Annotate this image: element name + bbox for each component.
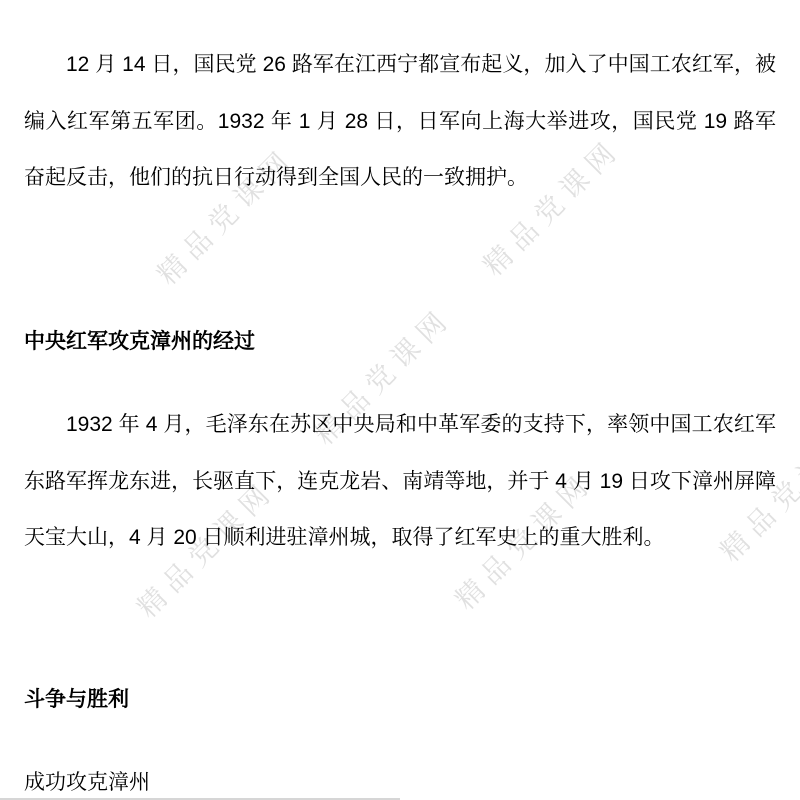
paragraph-zhangzhou-campaign: 1932 年 4 月，毛泽东在苏区中央局和中革军委的支持下，率领中国工农红军东路… <box>24 397 776 567</box>
document-page: 精品党课网 精品党课网 精品党课网 精品党课网 精品党课网 精品党课网 12 月… <box>0 0 800 800</box>
heading-struggle-and-victory: 斗争与胜利 <box>24 684 776 716</box>
bottom-divider-line <box>0 798 400 800</box>
heading-zhangzhou-campaign-course: 中央红军攻克漳州的经过 <box>24 326 776 358</box>
paragraph-ningdu-uprising: 12 月 14 日，国民党 26 路军在江西宁都宣布起义，加入了中国工农红军，被… <box>24 37 776 207</box>
line-capture-zhangzhou: 成功攻克漳州 <box>24 767 776 799</box>
